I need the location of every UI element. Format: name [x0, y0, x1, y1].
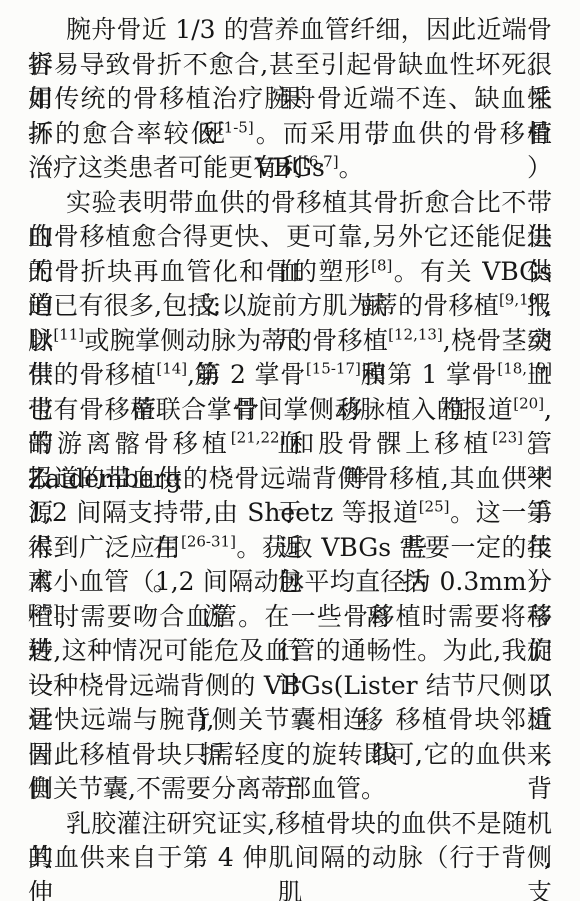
text-run: 的骨折块再血管化和骨的塑形	[28, 257, 371, 286]
text-run: 离小血管（1,2 间隔动脉平均直径为 0.3mm）	[28, 567, 552, 596]
text-run: 和股骨髁上移植	[285, 429, 492, 458]
text-run: 也有骨移植联合掌骨间掌侧动脉植入的报道	[28, 395, 513, 424]
text-line: 道已有很多,包括:以旋前方肌为蒂的骨移植[9,10],以尺动	[28, 289, 552, 324]
text-line: 离小血管（1,2 间隔动脉平均直径为 0.3mm）[25],游离移	[28, 565, 552, 600]
text-run: 折的愈合率较低	[28, 119, 218, 148]
citation-superscript: [25]	[419, 498, 450, 516]
text-line: 的骨折块再血管化和骨的塑形[8]。有关 VBGs 的文献报	[28, 255, 552, 290]
citation-superscript: [9,10]	[499, 291, 544, 309]
text-run: 和第 1 掌骨	[361, 360, 497, 389]
text-run: 1,2 间隔支持带,由 Sheetz 等报道	[28, 498, 419, 527]
text-line: 报道的带血供的桡骨远端背侧骨移植,其血供来源于第	[28, 462, 552, 497]
citation-superscript: [11]	[53, 325, 84, 343]
text-run: 供的骨移植	[28, 360, 156, 389]
document-page: 腕舟骨近 1/3 的营养血管纤细，因此近端骨折很容易导致骨折不愈合,甚至引起骨缺…	[0, 0, 580, 901]
citation-superscript: [12,13]	[388, 325, 443, 343]
text-line: 因此移植骨块只需轻度的旋转即可,它的血供来自于背	[28, 738, 552, 773]
text-line: 转,这种情况可能危及血管的通畅性。为此,我们设计了	[28, 634, 552, 669]
text-line: 折的愈合率较低[1-5]。而采用带血供的骨移植（VBGs）	[28, 117, 552, 152]
body-text-block: 腕舟骨近 1/3 的营养血管纤细，因此近端骨折很容易导致骨折不愈合,甚至引起骨缺…	[28, 13, 552, 876]
text-line: 脉[11]或腕掌侧动脉为蒂的骨移植[12,13],桡骨茎突带筋膜血	[28, 324, 552, 359]
text-run: 道已有很多,包括:以旋前方肌为蒂的骨移植	[28, 291, 499, 320]
text-line: 的游离髂骨移植[21,22]和股骨髁上移植[23]。Zaidemberg 等[2…	[28, 427, 552, 462]
text-run: 或腕掌侧动脉为蒂的骨移植	[84, 326, 388, 355]
citation-superscript: [15-17]	[306, 360, 361, 378]
citation-superscript: [18,19]	[497, 360, 552, 378]
text-line: 容易导致骨折不愈合,甚至引起骨缺血性坏死。如果采	[28, 48, 552, 83]
text-run: 。	[339, 153, 364, 182]
text-run: 其血供来自于第 4 伸肌间隔的动脉（行于背侧伸肌支	[28, 843, 552, 901]
citation-superscript: [23]	[492, 429, 523, 447]
citation-superscript: [26-31]	[181, 532, 236, 550]
text-line: 一种桡骨远端背侧的 VBGs(Lister 结节尺侧以远),移植	[28, 669, 552, 704]
citation-superscript: [6,7]	[303, 153, 339, 171]
text-run: 的游离髂骨移植	[28, 429, 231, 458]
text-run: 脉	[28, 326, 53, 355]
citation-superscript: [1-5]	[218, 118, 254, 136]
text-run: 得到广泛应用	[28, 533, 181, 562]
text-run: 侧关节囊,不需要分离蒂部血管。	[28, 774, 386, 803]
text-line: 骨快远端与腕背侧关节囊相连。移植骨块邻近骨折线,	[28, 703, 552, 738]
text-line: 得到广泛应用[26-31]。获取 VBGs 需要一定的技术。包括分	[28, 531, 552, 566]
text-line: 植时需要吻合血管。在一些骨移植时需要将蒂进行旋	[28, 600, 552, 635]
citation-superscript: [21,22]	[231, 429, 286, 447]
text-line: 实验表明带血供的骨移植其骨折愈合比不带血供	[28, 186, 552, 221]
text-run: 治疗这类患者可能更有利	[28, 153, 303, 182]
text-line: 供的骨移植[14],第 2 掌骨[15-17]和第 1 掌骨[18,19]带蒂骨…	[28, 358, 552, 393]
text-line: 的骨移植愈合得更快、更可靠,另外它还能促进无血供	[28, 220, 552, 255]
text-line: 其血供来自于第 4 伸肌间隔的动脉（行于背侧伸肌支	[28, 841, 552, 876]
citation-superscript: [8]	[371, 256, 392, 274]
text-line: 也有骨移植联合掌骨间掌侧动脉植入的报道[20],带血管	[28, 393, 552, 428]
text-line: 用传统的骨移植治疗腕舟骨近端不连、缺血性坏死,骨	[28, 82, 552, 117]
text-line: 腕舟骨近 1/3 的营养血管纤细，因此近端骨折很	[28, 13, 552, 48]
text-run: ,第 2 掌骨	[187, 360, 306, 389]
text-line: 乳胶灌注研究证实,移植骨块的血供不是随机的,	[28, 807, 552, 842]
text-line: 1,2 间隔支持带,由 Sheetz 等报道[25]。这一手术在近些年	[28, 496, 552, 531]
citation-superscript: [20]	[513, 394, 544, 412]
citation-superscript: [14]	[156, 360, 187, 378]
